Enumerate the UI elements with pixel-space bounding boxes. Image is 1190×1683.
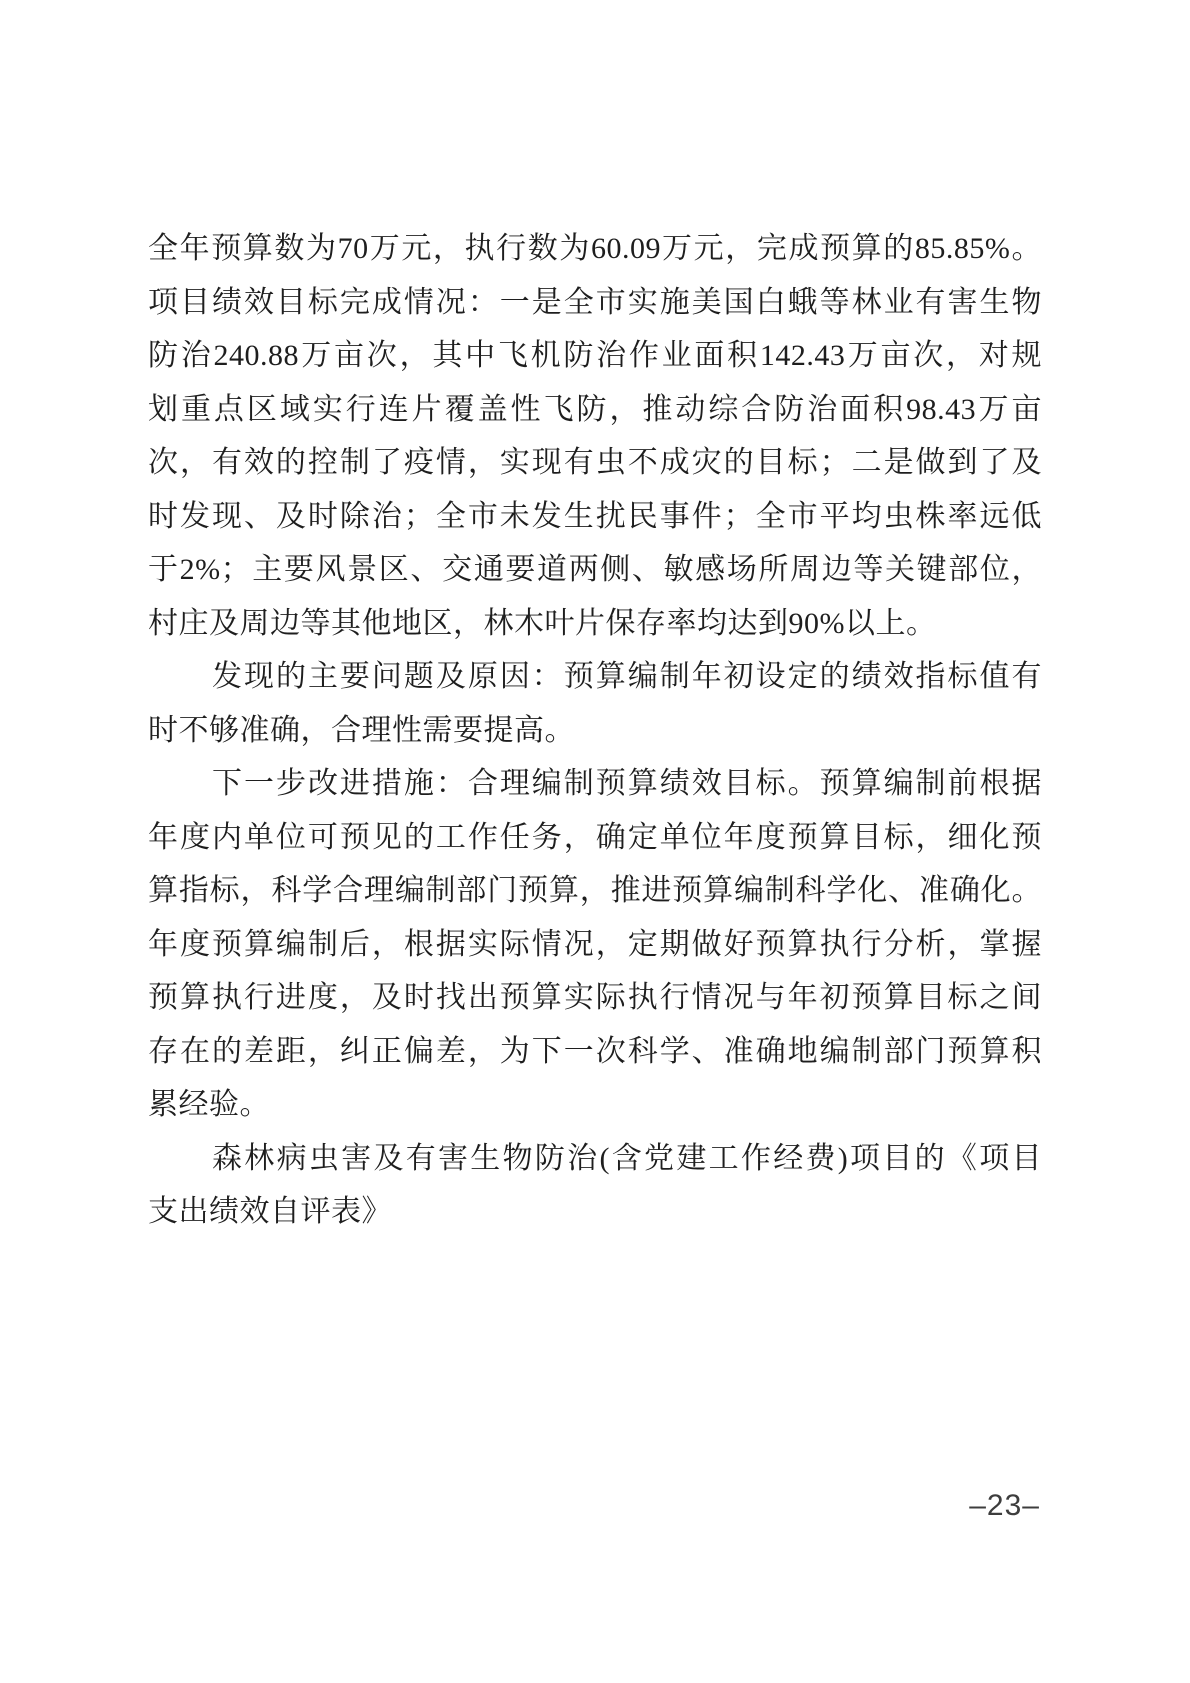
text-line: 防治240.88万亩次，其中飞机防治作业面积142.43万亩次，对规	[148, 329, 1042, 383]
document-page: 全年预算数为70万元，执行数为60.09万元，完成预算的85.85%。项目绩效目…	[0, 0, 1190, 1683]
text-line: 预算执行进度，及时找出预算实际执行情况与年初预算目标之间	[148, 971, 1042, 1025]
text-line: 于2%；主要风景区、交通要道两侧、敏感场所周边等关键部位，	[148, 543, 1042, 597]
text-line: 时发现、及时除治；全市未发生扰民事件；全市平均虫株率远低	[148, 490, 1042, 544]
text-line: 累经验。	[148, 1078, 1042, 1132]
text-line: 年度内单位可预见的工作任务，确定单位年度预算目标，细化预	[148, 811, 1042, 865]
text-line: 年度预算编制后，根据实际情况，定期做好预算执行分析，掌握	[148, 918, 1042, 972]
text-line: 时不够准确，合理性需要提高。	[148, 704, 1042, 758]
text-line: 全年预算数为70万元，执行数为60.09万元，完成预算的85.85%。	[148, 222, 1042, 276]
text-line: 支出绩效自评表》	[148, 1185, 1042, 1239]
text-line: 村庄及周边等其他地区，林木叶片保存率均达到90%以上。	[148, 597, 1042, 651]
document-body: 全年预算数为70万元，执行数为60.09万元，完成预算的85.85%。项目绩效目…	[148, 222, 1042, 1239]
text-line: 项目绩效目标完成情况：一是全市实施美国白蛾等林业有害生物	[148, 276, 1042, 330]
text-line: 下一步改进措施：合理编制预算绩效目标。预算编制前根据	[148, 757, 1042, 811]
text-line: 算指标，科学合理编制部门预算，推进预算编制科学化、准确化。	[148, 864, 1042, 918]
text-line: 发现的主要问题及原因：预算编制年初设定的绩效指标值有	[148, 650, 1042, 704]
text-line: 存在的差距，纠正偏差，为下一次科学、准确地编制部门预算积	[148, 1025, 1042, 1079]
page-number: –23–	[969, 1489, 1040, 1523]
text-line: 森林病虫害及有害生物防治(含党建工作经费)项目的《项目	[148, 1132, 1042, 1186]
text-line: 划重点区域实行连片覆盖性飞防，推动综合防治面积98.43万亩	[148, 383, 1042, 437]
text-line: 次，有效的控制了疫情，实现有虫不成灾的目标；二是做到了及	[148, 436, 1042, 490]
